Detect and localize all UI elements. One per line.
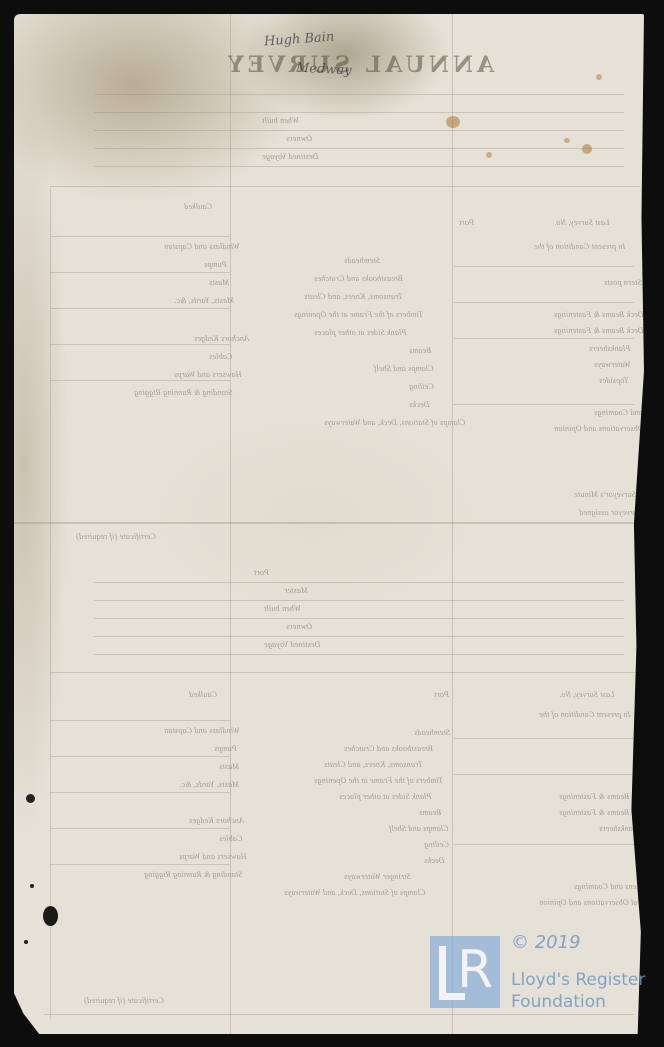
- rule: [50, 792, 230, 793]
- rule: [94, 582, 624, 583]
- margin-line: [50, 189, 51, 1019]
- right-label: Port: [459, 218, 474, 227]
- middle-label: Transoms, Knees, and Cleats: [324, 760, 423, 769]
- left-label: Windlass and Capstan: [164, 242, 240, 251]
- rule: [454, 774, 634, 775]
- rule: [454, 844, 634, 845]
- left-label: Windlass and Capstan: [164, 726, 240, 735]
- rule: [50, 672, 640, 673]
- middle-label: Stemheads: [344, 256, 380, 265]
- middle-label: Stemheads: [414, 728, 450, 737]
- right-label: Planksheers: [589, 344, 630, 353]
- middle-label: Clamps of Stations, Deck, and Waterways: [284, 888, 426, 897]
- left-label: Pumps: [214, 744, 237, 753]
- left-label: Standing & Running Rigging: [134, 388, 232, 397]
- middle-label: Plank Sides at other places: [339, 792, 432, 801]
- left-label: Masts: [219, 762, 239, 771]
- ink-blot: [26, 794, 35, 803]
- fold-line-middle: [14, 522, 644, 524]
- right-label: Hatch Battens and Coamings: [594, 408, 644, 417]
- rule: [454, 266, 634, 267]
- right-label: Upper Deck Beams & Fastenings: [554, 310, 644, 319]
- rule: [44, 1014, 634, 1015]
- right-label: Upper Deck Beams & Fastenings: [559, 792, 644, 801]
- left-label: Standing & Running Rigging: [144, 870, 242, 879]
- middle-label: Ceiling: [424, 840, 449, 849]
- middle-label: Decks: [424, 856, 445, 865]
- foxing-spot: [564, 138, 570, 143]
- middle-label: Clamps and Shelf: [374, 364, 434, 373]
- rule: [94, 636, 624, 637]
- document-sheet: ANNUAL SURVEY Hugh Bain Medway When buil…: [14, 14, 644, 1034]
- rule: [50, 864, 230, 865]
- rule: [454, 404, 634, 405]
- middle-label: Timbers of the Frame at the Openings: [294, 310, 423, 319]
- rule: [50, 828, 230, 829]
- middle-label: Breasthooks and Crutches: [314, 274, 403, 283]
- right-label: Lower Deck Beams & Fastenings: [554, 326, 644, 335]
- rule: [94, 112, 624, 113]
- ink-blot: [24, 940, 28, 944]
- right-label: Stern posts: [604, 278, 642, 287]
- right-label: Topsides: [599, 376, 628, 385]
- footer-certificate-label: Certificate (if required): [84, 996, 164, 1005]
- right-label: Port: [434, 690, 449, 699]
- rule: [94, 654, 624, 655]
- right-label: Lower Deck Beams & Fastenings: [559, 808, 644, 817]
- rule: [94, 618, 624, 619]
- left-label: Caulked: [189, 690, 217, 699]
- foxing-spot: [582, 144, 592, 154]
- middle-label: Beams: [409, 346, 431, 355]
- rule: [94, 130, 624, 131]
- left-label: Cables: [209, 352, 232, 361]
- rule: [94, 600, 624, 601]
- right-label: General Observations and Opinion: [554, 424, 644, 433]
- ink-blot: [30, 884, 34, 888]
- right-label: General Observations and Opinion: [539, 898, 644, 907]
- rule: [454, 338, 634, 339]
- middle-label: Transoms, Knees, and Cleats: [304, 292, 403, 301]
- middle-label: Plank Sides at other places: [314, 328, 407, 337]
- rule: [50, 380, 230, 381]
- rule: [50, 236, 230, 237]
- rule: [454, 302, 634, 303]
- field-label: Destined Voyage: [264, 640, 321, 649]
- watermark-copyright: © 2019: [511, 932, 581, 953]
- right-label: Hatch Battens and Coamings: [574, 882, 644, 891]
- right-label: Surveyor assigned: [579, 508, 641, 517]
- right-label: Last Survey, No.: [559, 690, 615, 699]
- middle-label: Ceiling: [409, 382, 434, 391]
- middle-label: Decks: [409, 400, 430, 409]
- middle-label: Breasthooks and Crutches: [344, 744, 433, 753]
- left-label: Pumps: [204, 260, 227, 269]
- rule: [50, 308, 230, 309]
- right-label: In present Condition of the: [539, 710, 630, 719]
- right-label: In present Condition of the: [534, 242, 625, 251]
- fold-line-left: [230, 14, 231, 1034]
- left-label: Anchors Kedges: [194, 334, 249, 343]
- left-label: Anchors Kedges: [189, 816, 244, 825]
- field-label: Owners: [286, 622, 312, 631]
- field-label: Owners: [286, 134, 312, 143]
- field-label: Destined Voyage: [262, 152, 319, 161]
- middle-label: Clamps and Shelf: [389, 824, 449, 833]
- middle-label: Stringer Waterways: [344, 872, 411, 881]
- middle-label: Timbers of the Frame at the Openings: [314, 776, 443, 785]
- certificate-label: Certificate (if required): [76, 532, 156, 541]
- left-label: Caulked: [184, 202, 212, 211]
- left-label: Cables: [219, 834, 242, 843]
- field-label: Master: [284, 586, 308, 595]
- water-stain: [14, 14, 644, 1034]
- handwritten-ship: Medway: [296, 61, 352, 79]
- left-label: Hawsers and Warps: [174, 370, 242, 379]
- watermark-org-line1: Lloyd's Register: [511, 970, 645, 990]
- foxing-spot: [596, 74, 602, 80]
- rule: [94, 166, 624, 167]
- rule: [50, 272, 230, 273]
- foxing-spot: [446, 116, 460, 128]
- foxing-spot: [486, 152, 492, 158]
- field-label: When built: [264, 604, 301, 613]
- rule: [50, 186, 640, 187]
- watermark-org-line2: Foundation: [511, 992, 606, 1012]
- rule: [50, 756, 230, 757]
- right-label: Waterways: [594, 360, 631, 369]
- ink-blot: [43, 906, 58, 926]
- rule: [94, 148, 624, 149]
- left-label: Hawsers and Warps: [179, 852, 247, 861]
- middle-label: Clamps of Stations, Deck, and Waterways: [324, 418, 466, 427]
- field-label: Port: [254, 568, 269, 577]
- lr-logo-icon: R: [430, 936, 500, 1008]
- rule: [50, 344, 230, 345]
- right-label: Planksheers: [599, 824, 640, 833]
- right-label: Surveyor's Minute: [574, 490, 636, 499]
- left-label: Masts, Yards, &c.: [179, 780, 239, 789]
- field-label: When built: [262, 116, 299, 125]
- rule: [454, 738, 634, 739]
- fold-line-right: [452, 14, 453, 1034]
- rule: [50, 720, 230, 721]
- left-label: Masts, Yards, &c.: [174, 296, 234, 305]
- left-label: Masts: [209, 278, 229, 287]
- middle-label: Beams: [419, 808, 441, 817]
- mirrored-title: ANNUAL SURVEY: [224, 52, 494, 78]
- rule: [94, 94, 624, 95]
- right-label: Last Survey, No.: [554, 218, 610, 227]
